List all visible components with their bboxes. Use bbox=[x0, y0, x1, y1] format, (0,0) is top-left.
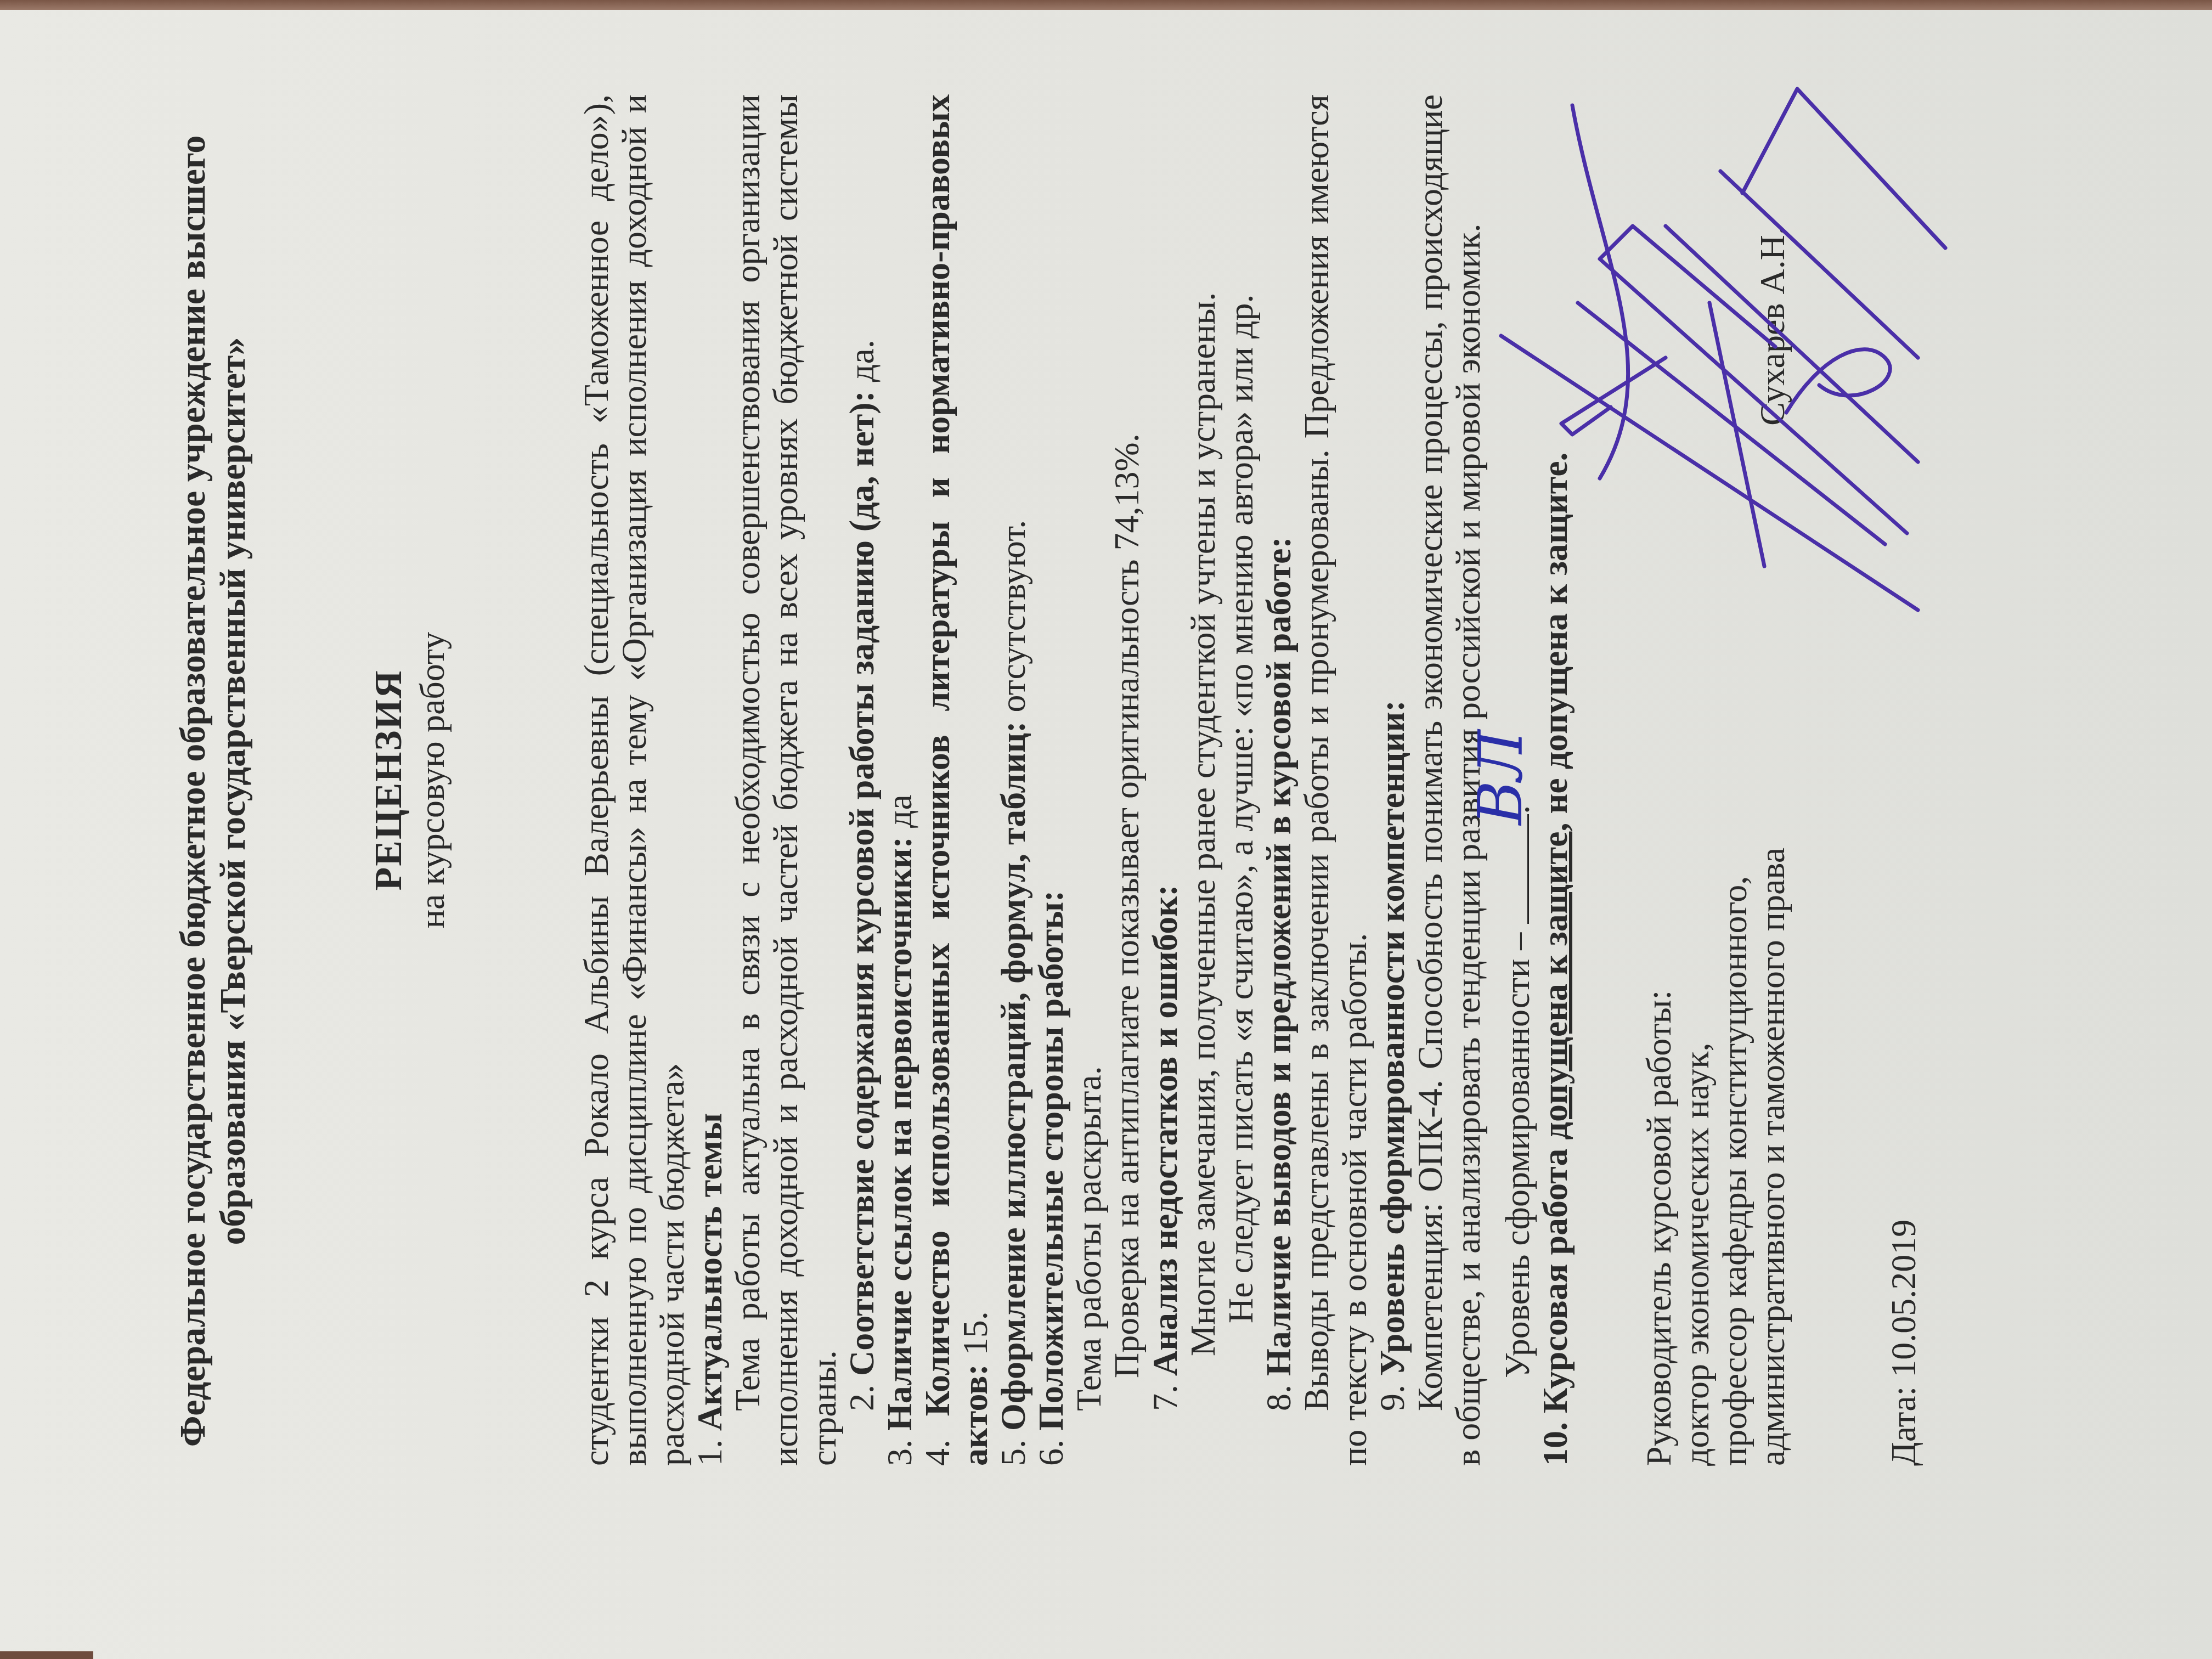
institution-header: Федеральное государственное бюджетное об… bbox=[173, 94, 253, 1488]
section-6-line-1: Тема работы раскрыта. bbox=[1070, 94, 1108, 1466]
intro-paragraph: студентки 2 курса Рокало Альбины Валерье… bbox=[577, 94, 691, 1466]
section-5: 5. Оформление иллюстраций, формул, табли… bbox=[994, 94, 1032, 1466]
supervisor-line-4: административного и таможенного права bbox=[1753, 848, 1791, 1466]
section-1: 1. Актуальность темы bbox=[691, 94, 729, 1466]
section-heading: Актуальность темы bbox=[690, 1113, 729, 1431]
document-title: РЕЦЕНЗИЯ bbox=[368, 94, 410, 1466]
section-7-line-2: Не следует писать «я считаю», а лучше: «… bbox=[1222, 94, 1260, 1466]
supervisor-line-2: доктор экономических наук, bbox=[1678, 848, 1716, 1466]
section-3: 3. Наличие ссылок на первоисточники: да bbox=[881, 94, 918, 1466]
section-value: отсутствуют. bbox=[994, 520, 1032, 713]
header-line-2: образования «Тверской государственный ун… bbox=[213, 94, 253, 1488]
review-document: Федеральное государственное бюджетное об… bbox=[91, 18, 2121, 1641]
section-6: 6. Положительные стороны работы: bbox=[1032, 94, 1070, 1466]
table-edge-corner bbox=[0, 1651, 93, 1659]
section-value: да. bbox=[842, 340, 881, 382]
section-2: 2. Соответствие содержания курсовой рабо… bbox=[843, 94, 881, 1466]
handwritten-level: ВЛ bbox=[1470, 730, 1531, 913]
supervisor-line-1: Руководитель курсовой работы: bbox=[1640, 848, 1678, 1466]
supervisor-line-3: профессор кафедры конституционного, bbox=[1716, 848, 1753, 1466]
section-1-text: Тема работы актуальна в связи с необходи… bbox=[729, 94, 842, 1466]
section-7-line-1: Многие замечания, полученные ранее студе… bbox=[1184, 94, 1222, 1466]
section-4: 4. Количество использованных источников … bbox=[918, 94, 994, 1466]
section-9: 9. Уровень сформированности компетенции: bbox=[1373, 94, 1411, 1466]
section-value: 15. bbox=[956, 1311, 995, 1355]
level-blank: ВЛ bbox=[1527, 814, 1529, 924]
table-edge bbox=[0, 0, 2212, 10]
header-line-1: Федеральное государственное бюджетное об… bbox=[173, 94, 213, 1488]
section-7: 7. Анализ недостатков и ошибок: bbox=[1146, 94, 1184, 1466]
section-8-text: Выводы представлены в заключении работы … bbox=[1297, 94, 1373, 1466]
signature-icon bbox=[1435, 39, 1956, 643]
document-subtitle: на курсовую работу bbox=[413, 94, 451, 1466]
section-6-line-2: Проверка на антиплагиате показывает ориг… bbox=[1108, 94, 1145, 1466]
section-value: да bbox=[880, 794, 919, 828]
section-8: 8. Наличие выводов и предложений в курсо… bbox=[1260, 94, 1297, 1466]
admitted-underlined: допущена к защите bbox=[1536, 832, 1575, 1140]
